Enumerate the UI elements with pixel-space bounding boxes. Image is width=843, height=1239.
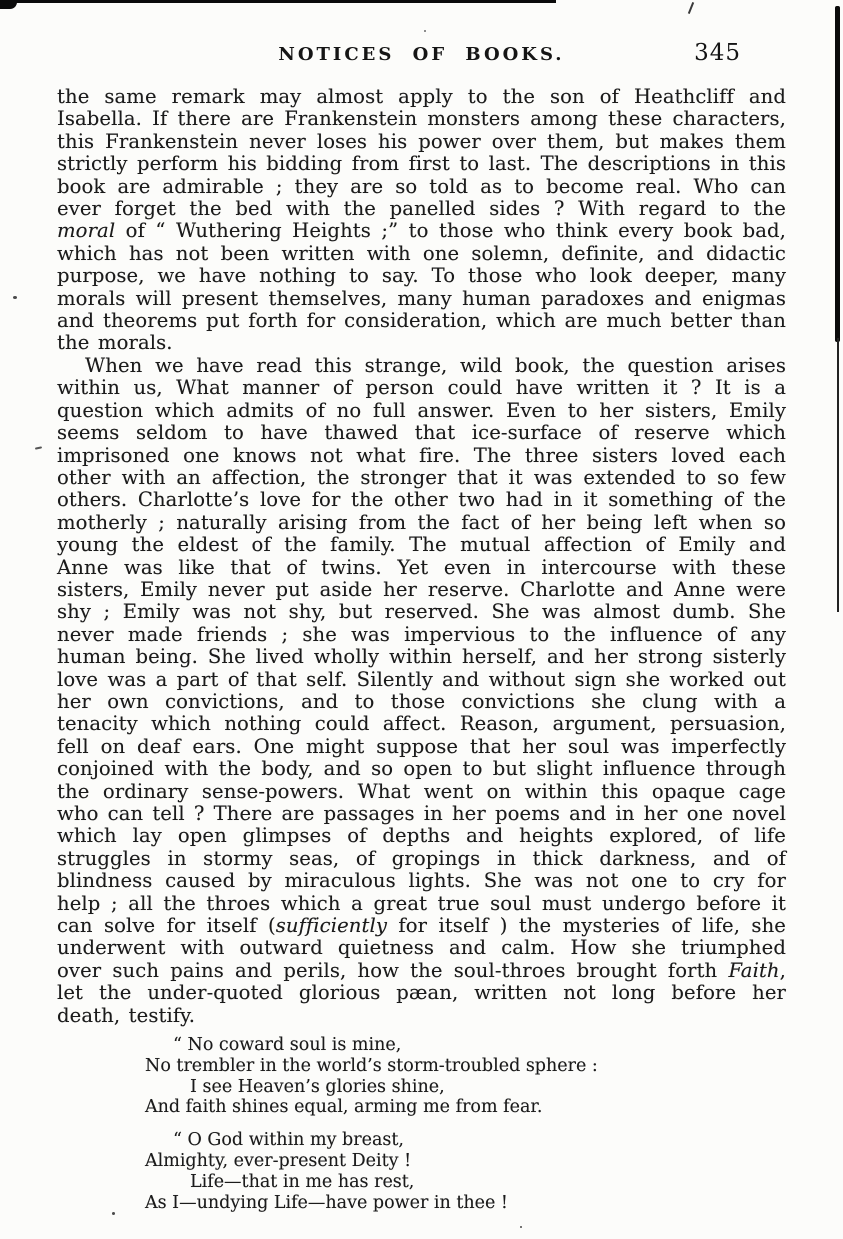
scan-artifact-right-edge	[835, 6, 840, 342]
scan-speck	[35, 446, 42, 449]
paragraph-text: of “ Wuthering Heights ;” to those who t…	[57, 219, 786, 354]
scanned-book-page: NOTICES OF BOOKS. 345 the same remark ma…	[0, 0, 843, 1239]
italic-word-sufficiently: sufficiently	[276, 914, 387, 937]
scan-artifact-tick	[688, 2, 694, 14]
poem-line: I see Heaven’s glories shine,	[190, 1077, 786, 1098]
running-head: NOTICES OF BOOKS. 345	[57, 44, 786, 70]
scan-artifact-top-edge	[0, 0, 556, 3]
poem-quotation: “ No coward soul is mine, No trembler in…	[145, 1035, 786, 1213]
italic-word-faith: Faith	[728, 959, 779, 982]
poem-line: “ O God within my breast,	[173, 1130, 786, 1151]
running-title: NOTICES OF BOOKS.	[57, 44, 786, 65]
poem-line: Almighty, ever-present Deity !	[145, 1151, 786, 1172]
scan-speck	[13, 296, 17, 299]
paragraph-emily: When we have read this strange, wild boo…	[57, 355, 786, 1027]
poem-stanza-1: “ No coward soul is mine, No trembler in…	[145, 1035, 786, 1118]
body-text-column: the same remark may almost apply to the …	[57, 86, 786, 1213]
page-number: 345	[694, 40, 741, 66]
poem-line: “ No coward soul is mine,	[173, 1035, 786, 1056]
poem-line: No trembler in the world’s storm-trouble…	[145, 1056, 786, 1077]
poem-stanza-2: “ O God within my breast, Almighty, ever…	[145, 1130, 786, 1213]
italic-word-moral: moral	[57, 219, 115, 242]
scan-artifact-right-edge-lower	[837, 338, 839, 612]
paragraph-continuation: the same remark may almost apply to the …	[57, 86, 786, 355]
paragraph-text: When we have read this strange, wild boo…	[57, 354, 786, 937]
scan-artifact-corner-blob	[0, 0, 17, 9]
scan-speck	[424, 30, 426, 32]
poem-line: Life—that in me has rest,	[190, 1172, 786, 1193]
scan-speck	[520, 1226, 522, 1228]
paragraph-text: the same remark may almost apply to the …	[57, 85, 786, 220]
poem-line: As I—undying Life—have power in thee !	[145, 1193, 786, 1214]
poem-line: And faith shines equal, arming me from f…	[145, 1097, 786, 1118]
